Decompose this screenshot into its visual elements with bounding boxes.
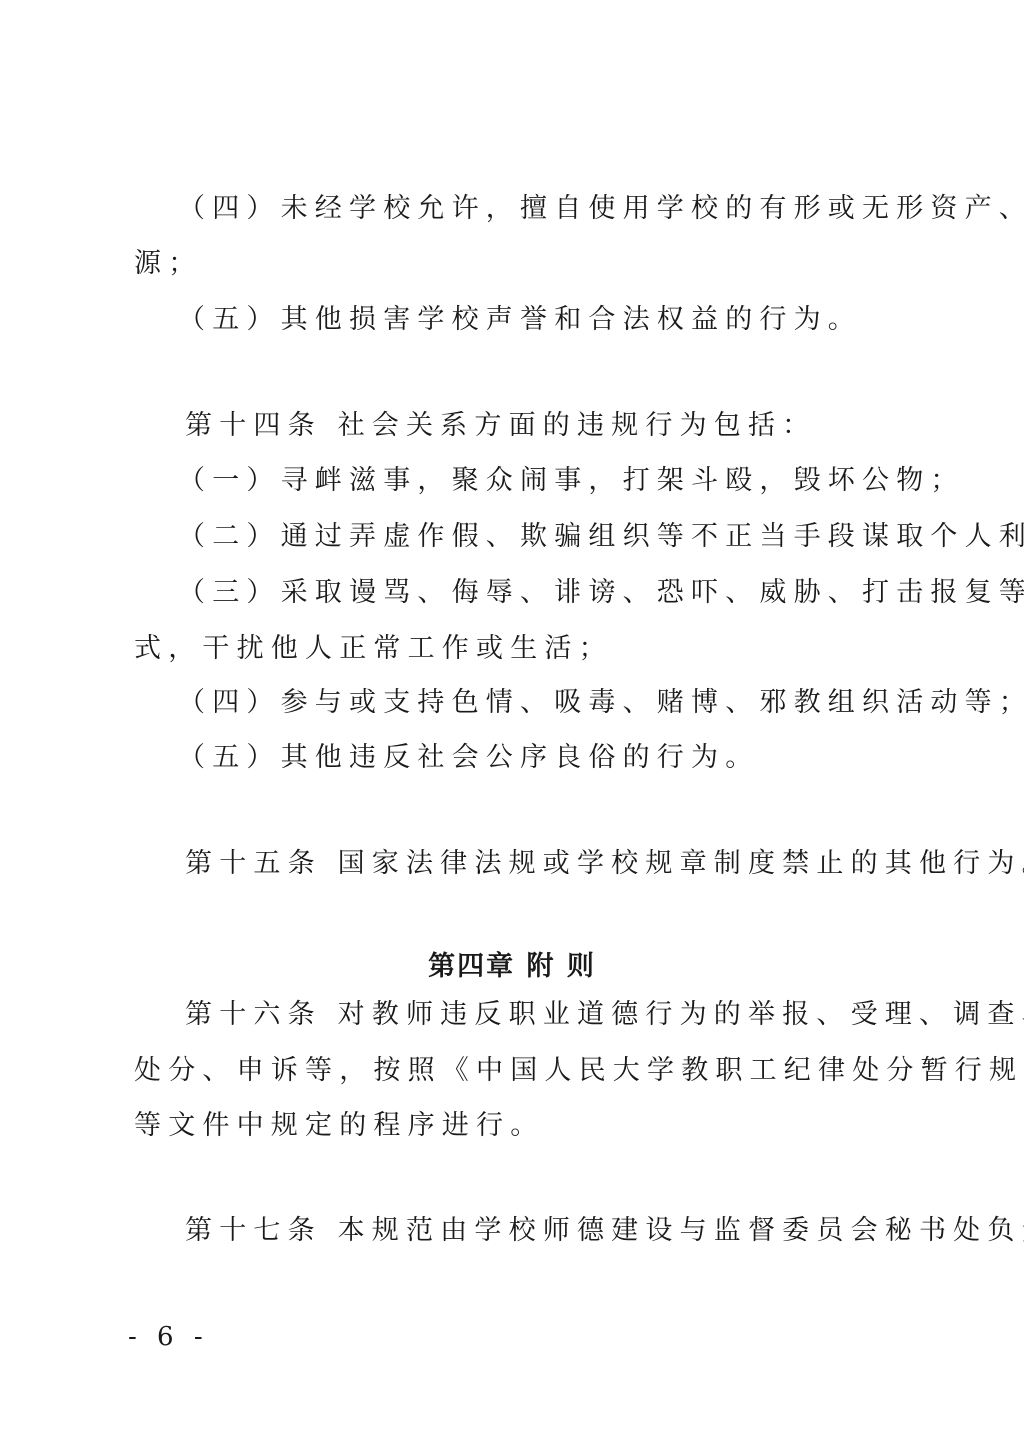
clause-13-item-4-line-1: （四）未经学校允许，擅自使用学校的有形或无形资产、资 — [178, 192, 938, 226]
clause-13-item-5: （五）其他损害学校声誉和合法权益的行为。 — [178, 303, 938, 337]
article-16-line-2: 处分、申诉等，按照《中国人民大学教职工纪律处分暂行规定》 — [134, 1054, 894, 1088]
clause-13-item-4-line-2: 源； — [134, 247, 894, 281]
article-16-line-1: 第十六条 对教师违反职业道德行为的举报、受理、调查、 — [185, 998, 945, 1032]
article-14-title: 第十四条 社会关系方面的违规行为包括： — [185, 409, 945, 443]
page-number: - 6 - — [128, 1322, 209, 1352]
article-17-line-1: 第十七条 本规范由学校师德建设与监督委员会秘书处负责 — [185, 1214, 945, 1248]
article-15: 第十五条 国家法律法规或学校规章制度禁止的其他行为。 — [185, 847, 945, 881]
article-14-item-3-line-1: （三）采取谩骂、侮辱、诽谤、恐吓、威胁、打击报复等方 — [178, 576, 938, 610]
article-14-item-5: （五）其他违反社会公序良俗的行为。 — [178, 741, 938, 775]
article-16-line-3: 等文件中规定的程序进行。 — [134, 1109, 894, 1143]
article-14-item-4: （四）参与或支持色情、吸毒、赌博、邪教组织活动等； — [178, 686, 938, 720]
article-14-item-2: （二）通过弄虚作假、欺骗组织等不正当手段谋取个人利益； — [178, 520, 938, 554]
chapter-heading: 第四章 附 则 — [0, 944, 1024, 983]
article-14-item-3-line-2: 式，干扰他人正常工作或生活； — [134, 632, 894, 666]
article-14-item-1: （一）寻衅滋事，聚众闹事，打架斗殴，毁坏公物； — [178, 464, 938, 498]
